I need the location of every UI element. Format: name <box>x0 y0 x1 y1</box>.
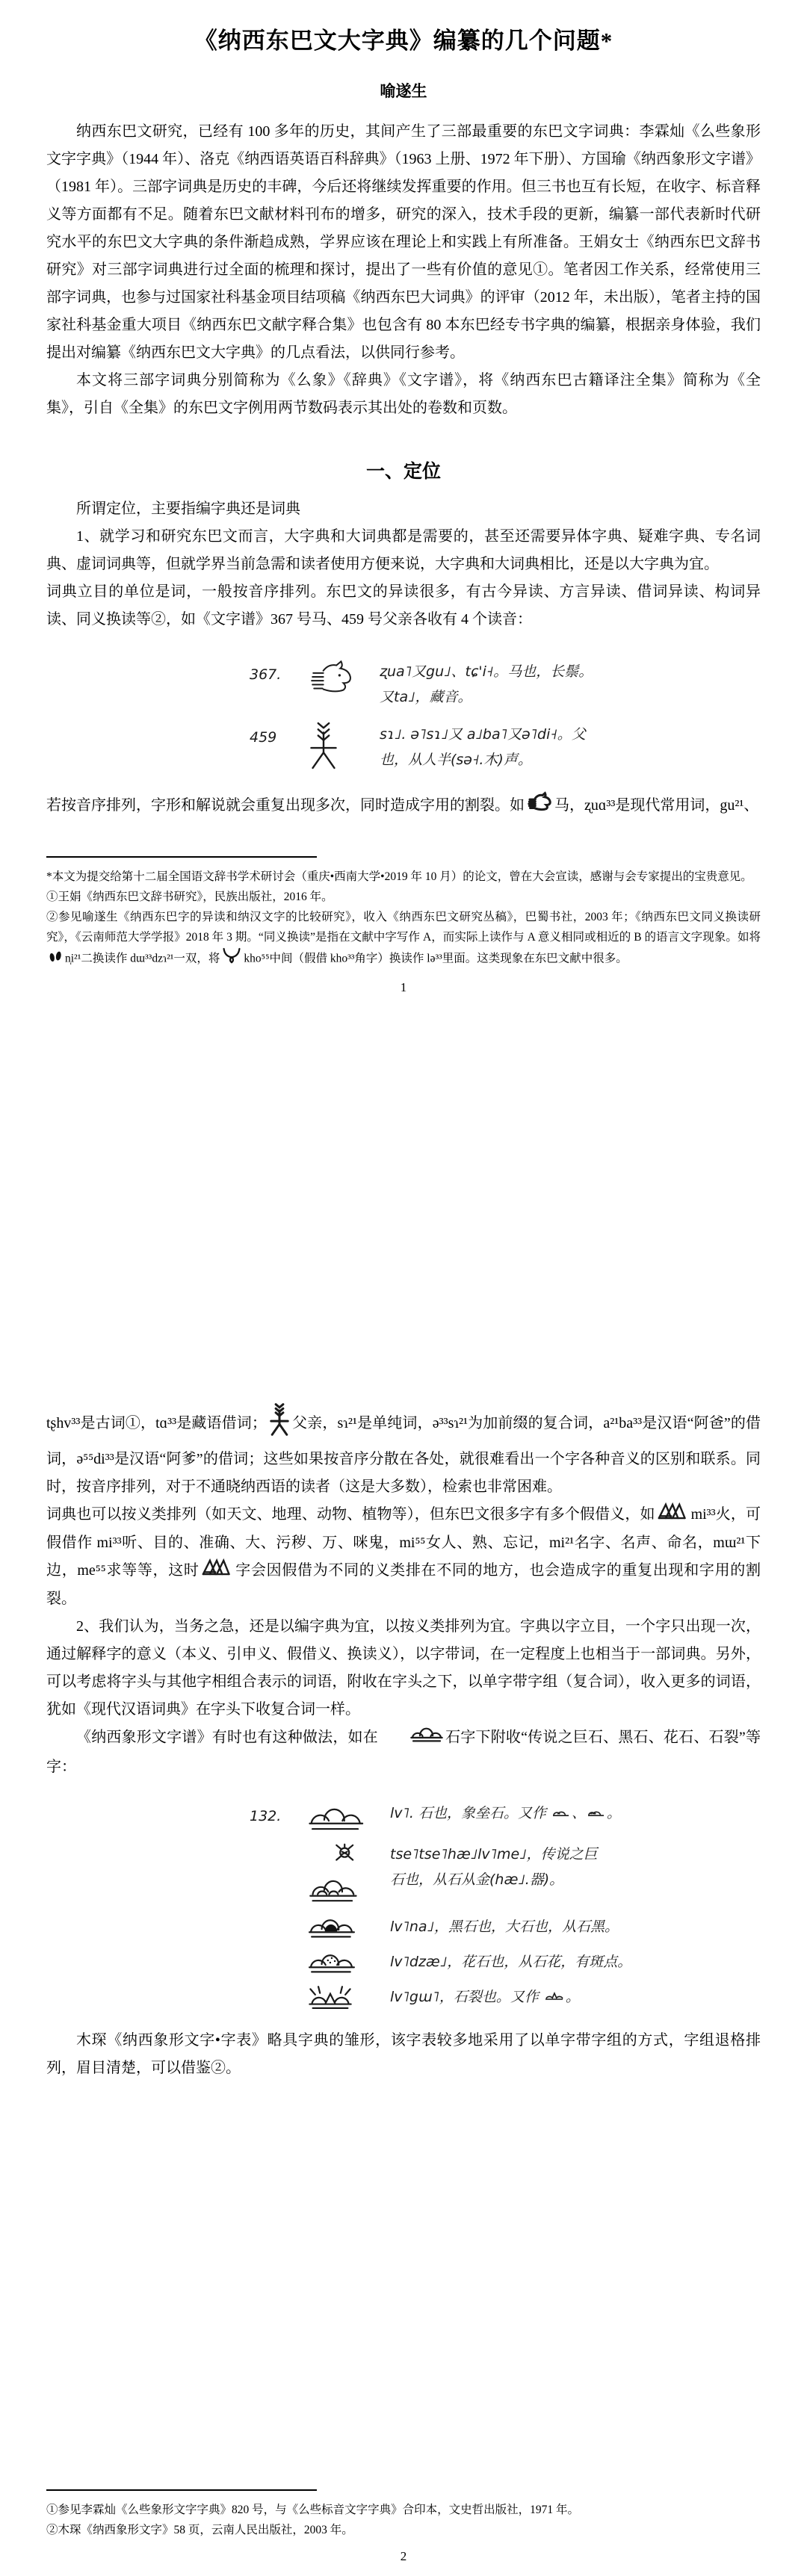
footnote-2: ②参见喻遂生《纳西东巴字的异读和纳汉文字的比较研究》，收入《纳西东巴文研究丛稿》… <box>46 907 761 971</box>
figure-entry-text: ʐua˥又gu˩、tɕ'i˧。马也，长鬃。 又ta˩，藏音。 <box>380 659 761 710</box>
figure-entry-line: sɿ˩. ə˥sɿ˩又 a˩ba˥又ə˥di˧。父 <box>380 726 586 743</box>
figure-entry-number: 132. <box>250 1801 308 1829</box>
naxi-fire-glyph <box>658 1502 689 1529</box>
footnote-text: n̩i²¹二换读作 dɯ³³dzɿ²¹一双，将 <box>65 953 220 965</box>
paragraph-text: 词典也可以按义类排列（如天文、地理、动物、植物等），但东巴文很多字有多个假借义，… <box>46 1506 655 1523</box>
paragraph-sound-order: 若按音序排列，字形和解说就会重复出现多次，同时造成字用的割裂。如马，ʐuɑ³³是… <box>46 791 761 822</box>
paragraph-intro: 纳西东巴文研究，已经有 100 多年的历史，其间产生了三部最重要的东巴文字词典：… <box>46 118 761 367</box>
naxi-stone-black-glyph <box>308 1914 390 1943</box>
figure-entry-text: sɿ˩. ə˥sɿ˩又 a˩ba˥又ə˥di˧。父 也，从人半(sə˧.木)声。 <box>380 722 761 773</box>
page-number: 1 <box>46 980 761 995</box>
figure-entry-line: 。 <box>566 1989 580 2005</box>
figure-entry-line: lv˥. 石也，象垒石。又作 <box>390 1805 546 1821</box>
page-2: tʂhv³³是古词①，tɑ³³是藏语借词；父亲，sɿ²¹是单纯词，ə³³sɿ²¹… <box>0 1225 807 2576</box>
figure-row-367: 367. ʐua˥又gu˩、tɕ'i˧。马也，长鬃。 又ta˩，藏音。 <box>250 659 761 710</box>
naxi-father-glyph <box>308 722 380 773</box>
figure-entry-line: 石也，从石从金(hæ˩.器)。 <box>390 1871 563 1888</box>
figure-stone-entries: 132. lv˥. 石也，象垒石。又作 、。 tse˥tse˥hæ˩lv˥me˩… <box>250 1801 761 2019</box>
paragraph-definition: 所谓定位，主要指编字典还是词典 <box>46 495 761 523</box>
author-name: 喻遂生 <box>46 79 761 102</box>
page-1: 《纳西东巴文大字典》编纂的几个问题* 喻遂生 纳西东巴文研究，已经有 100 多… <box>0 0 807 1225</box>
footnote-separator <box>46 856 317 858</box>
figure-entry-line: ʐua˥又gu˩、tɕ'i˧。马也，长鬃。 <box>380 663 593 680</box>
paragraph-abbreviations: 本文将三部字词典分别简称为《么象》《辞典》《文字谱》，将《纳西东巴古籍译注全集》… <box>46 367 761 422</box>
naxi-stone-insect-glyph <box>308 1842 390 1908</box>
figure-entry-line: 也，从人半(sə˧.木)声。 <box>380 752 532 768</box>
paragraph-point-1: 1、就学习和研究东巴文而言，大字典和大词典都是需要的，甚至还需要异体字典、疑难字… <box>46 523 761 578</box>
figure-row-stone: 132. lv˥. 石也，象垒石。又作 、。 <box>250 1801 761 1836</box>
paragraph-muchen-table: 木琛《纳西象形文字•字表》略具字典的雏形，该字表较多地采用了以单字带字组的方式，… <box>46 2027 761 2082</box>
figure-entry-line: tse˥tse˥hæ˩lv˥me˩，传说之巨 <box>390 1846 598 1863</box>
figure-entry-line: lv˥gɯ˥，石裂也。又作 <box>390 1989 539 2005</box>
paragraph-wenzipu-practice: 《纳西象形文字谱》有时也有这种做法，如在石字下附收“传说之巨石、黑石、花石、石裂… <box>46 1724 761 1781</box>
naxi-stone-cracked-glyph <box>545 1984 563 2010</box>
figure-row-459: 459 sɿ˩. ə˥sɿ˩又 a˩ba˥又ə˥di˧。父 也，从人半(sə˧.… <box>250 722 761 773</box>
figure-entry-line: 又ta˩，藏音。 <box>380 689 471 705</box>
naxi-stone-cracked-glyph <box>308 1984 390 2013</box>
figure-dictionary-readings: 367. ʐua˥又gu˩、tɕ'i˧。马也，长鬃。 又ta˩，藏音。 <box>250 659 761 773</box>
paragraph-text: tʂhv³³是古词①，tɑ³³是藏语借词； <box>46 1415 267 1431</box>
figure-entry-number <box>250 1842 308 1845</box>
footnote-text: kho⁵⁵中间（假借 kho³³角字）换读作 lə³³里面。这类现象在东巴文献中… <box>244 953 627 965</box>
paper-title: 《纳西东巴文大字典》编纂的几个问题* <box>46 25 761 57</box>
figure-entry-number: 459 <box>250 722 308 750</box>
footnote-1: ①参见李霖灿《么些象形文字字典》820 号，与《么些标音文字字典》合印本，文史哲… <box>46 2500 761 2520</box>
figure-entry-text: lv˥dzæ˩，花石也，从石花，有斑点。 <box>390 1949 761 1975</box>
footnote-1: ①王娟《纳西东巴文辞书研究》，民族出版社，2016 年。 <box>46 887 761 907</box>
figure-entry-line: 、 <box>572 1805 586 1821</box>
paragraph-word-order: 词典立目的单位是词，一般按音序排列。东巴文的异读很多，有古今异读、方言异读、借词… <box>46 578 761 634</box>
naxi-stone-spotted-glyph <box>308 1949 390 1978</box>
figure-row-cracked-stone: lv˥gɯ˥，石裂也。又作 。 <box>250 1984 761 2013</box>
paragraph-text: 《纳西象形文字谱》有时也有这种做法，如在 <box>76 1729 378 1745</box>
naxi-yoke-glyph <box>222 947 241 971</box>
paragraph-point-2: 2、我们认为，当务之急，还是以编字典为宜，以按义类排列为宜。字典以字立目，一个字… <box>46 1613 761 1724</box>
paragraph-readings-continued: tʂhv³³是古词①，tɑ³³是藏语借词；父亲，sɿ²¹是单纯词，ə³³sɿ²¹… <box>46 1403 761 1501</box>
naxi-father-glyph <box>269 1403 290 1446</box>
document: 《纳西东巴文大字典》编纂的几个问题* 喻遂生 纳西东巴文研究，已经有 100 多… <box>0 0 807 2576</box>
paragraph-semantic-order: 词典也可以按义类排列（如天文、地理、动物、植物等），但东巴文很多字有多个假借义，… <box>46 1501 761 1613</box>
naxi-stone-glyph <box>588 1801 605 1826</box>
footnote-star: *本文为提交给第十二届全国语文辞书学术研讨会（重庆•西南大学•2019 年 10… <box>46 867 761 887</box>
naxi-stone-glyph <box>553 1801 569 1826</box>
figure-entry-line: 。 <box>607 1805 621 1821</box>
footnote-2: ②木琛《纳西象形文字》58 页，云南人民出版社，2003 年。 <box>46 2520 761 2540</box>
naxi-horse-glyph <box>308 659 380 699</box>
figure-entry-text: tse˥tse˥hæ˩lv˥me˩，传说之巨 石也，从石从金(hæ˩.器)。 <box>390 1842 761 1892</box>
figure-row-spotted-stone: lv˥dzæ˩，花石也，从石花，有斑点。 <box>250 1949 761 1978</box>
figure-entry-number: 367. <box>250 659 308 687</box>
figure-entry-text: lv˥. 石也，象垒石。又作 、。 <box>390 1801 761 1827</box>
empty-space <box>46 2082 761 2489</box>
naxi-stone-glyph <box>380 1724 443 1753</box>
section-heading-1: 一、定位 <box>46 456 761 483</box>
figure-row-giant-stone: tse˥tse˥hæ˩lv˥me˩，传说之巨 石也，从石从金(hæ˩.器)。 <box>250 1842 761 1908</box>
paragraph-text: 马，ʐuɑ³³是现代常用词，gu²¹、 <box>554 797 758 814</box>
naxi-fire-glyph <box>202 1558 233 1585</box>
figure-entry-number <box>250 1914 308 1917</box>
naxi-stone-glyph <box>308 1801 390 1836</box>
figure-entry-number <box>250 1984 308 1987</box>
naxi-feet-glyph <box>49 950 63 970</box>
footnote-separator <box>46 2489 317 2491</box>
figure-entry-text: lv˥na˩，黑石也，大石也，从石黑。 <box>390 1914 761 1939</box>
paragraph-text: 若按音序排列，字形和解说就会重复出现多次，同时造成字用的割裂。如 <box>46 797 525 814</box>
figure-entry-number <box>250 1949 308 1952</box>
figure-row-black-stone: lv˥na˩，黑石也，大石也，从石黑。 <box>250 1914 761 1943</box>
page-number: 2 <box>46 2549 761 2564</box>
figure-entry-text: lv˥gɯ˥，石裂也。又作 。 <box>390 1984 761 2010</box>
footnote-text: ②参见喻遂生《纳西东巴字的异读和纳汉文字的比较研究》，收入《纳西东巴文研究丛稿》… <box>46 911 761 944</box>
naxi-horse-glyph <box>527 791 552 822</box>
